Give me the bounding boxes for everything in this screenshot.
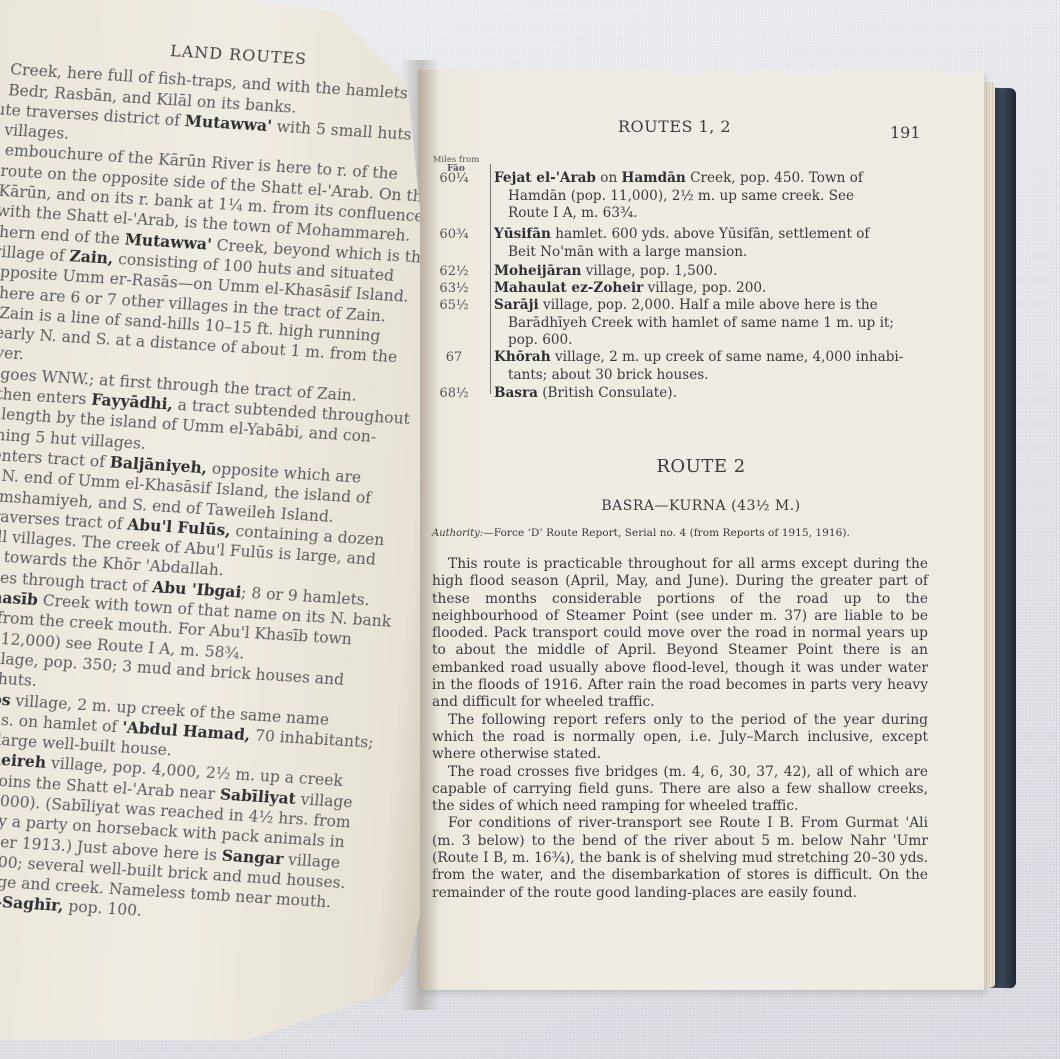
place-name: Yūsifān [494, 226, 551, 242]
column-divider [490, 164, 491, 394]
entry-line: (British Consulate). [538, 385, 677, 401]
entry-line: village, pop. 200. [643, 280, 766, 296]
entry-text: Yūsifān hamlet. 600 yds. above Yūsifān, … [494, 226, 934, 261]
paragraph: The following report refers only to the … [432, 712, 928, 764]
entry-text: Moheijāran village, pop. 1,500. [494, 263, 934, 281]
entry-line: village, pop. 2,000. Half a mile above h… [539, 297, 878, 313]
entry-continuation: Barādhīyeh Creek with hamlet of same nam… [494, 315, 934, 333]
paragraph: This route is practicable throughout for… [432, 556, 928, 712]
page-number: 191 [890, 123, 921, 142]
entry-text: Sarāji village, pop. 2,000. Half a mile … [494, 297, 934, 350]
authority-line: Authority:—Force ‘D’ Route Report, Seria… [432, 527, 850, 539]
entry-line: Creek, pop. 450. Town of [686, 170, 863, 186]
place-name: Hamdān [622, 170, 686, 186]
right-page: ROUTES 1, 2 191 Miles from Fāo 60¼ Fejat… [418, 70, 984, 990]
entry-line: on [596, 170, 622, 186]
place-name: Khōrah [494, 349, 551, 365]
entry-continuation: Route I A, m. 63¾. [494, 205, 934, 223]
entry-text: Khōrah village, 2 m. up creek of same na… [494, 349, 934, 384]
place-name: Basra [494, 385, 538, 401]
place-name: Mahaulat ez-Zoheir [494, 280, 643, 296]
route-description: This route is practicable throughout for… [432, 556, 928, 902]
entry-continuation: Beit No'mān with a large mansion. [494, 244, 934, 262]
entry-line: hamlet. 600 yds. above Yūsifān, settleme… [551, 226, 869, 242]
paragraph: The road crosses five bridges (m. 4, 6, … [432, 764, 928, 816]
entry-line: village, 2 m. up creek of same name, 4,0… [551, 349, 904, 365]
route-subheading: BASRA—KURNA (43½ M.) [418, 498, 984, 514]
entry-continuation: Hamdān (pop. 11,000), 2½ m. up same cree… [494, 188, 934, 206]
place-name: Moheijāran [494, 263, 581, 279]
entry-line: village, pop. 1,500. [581, 263, 717, 279]
left-page-lines: Creek, here full of fish-traps, and with… [0, 58, 426, 934]
paragraph: For conditions of river-transport see Ro… [432, 815, 928, 901]
left-page-text: LAND ROUTES Creek, here full of fish-tra… [0, 30, 429, 934]
authority-text: —Force ‘D’ Route Report, Serial no. 4 (f… [483, 527, 850, 539]
entry-continuation: pop. 600. [494, 332, 934, 350]
entry-text: Fejat el-'Arab on Hamdān Creek, pop. 450… [494, 170, 934, 223]
left-page: LAND ROUTES Creek, here full of fish-tra… [0, 0, 420, 1040]
entry-text: Basra (British Consulate). [494, 385, 934, 403]
running-head-right: ROUTES 1, 2 [618, 117, 731, 136]
place-name: Fejat el-'Arab [494, 170, 596, 186]
entry-text: Mahaulat ez-Zoheir village, pop. 200. [494, 280, 934, 298]
place-name: Sarāji [494, 297, 539, 313]
route-heading: ROUTE 2 [418, 456, 984, 477]
entry-continuation: tants; about 30 brick houses. [494, 367, 934, 385]
